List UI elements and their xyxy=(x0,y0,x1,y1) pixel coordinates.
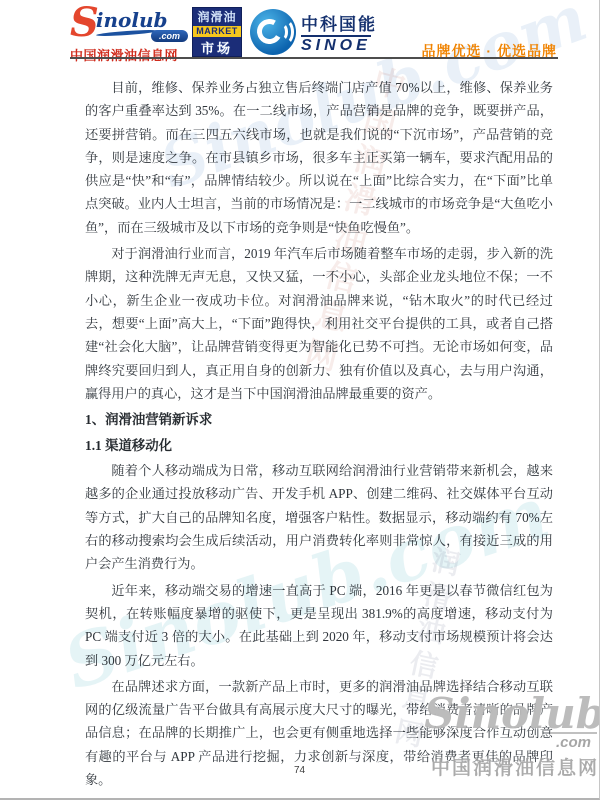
paragraph: 目前，维修、保养业务占独立售后终端门店产值 70%以上，维修、保养业务的客户重叠… xyxy=(85,76,553,239)
page-number: 74 xyxy=(0,765,599,776)
market-logo-line3: 市场 xyxy=(201,38,233,57)
sinolub-name: inolub xyxy=(96,8,168,32)
sinolub-com-badge: .com xyxy=(151,30,188,42)
watermark-com-text: .com xyxy=(550,732,597,751)
sinoe-logo: 中科国能 SINOE xyxy=(250,9,377,55)
lubricant-market-logo: 润滑油 MARKET 市场 xyxy=(192,7,242,57)
subsection-heading: 1.1 渠道移动化 xyxy=(85,434,553,458)
market-logo-line1: 润滑油 xyxy=(197,8,236,25)
sinoe-wordmark: 中科国能 SINOE xyxy=(301,10,377,55)
paragraph: 近年来，移动端交易的增速一直高于 PC 端，2016 年更是以春节微信红包为契机… xyxy=(85,579,553,672)
sinoe-circle-icon xyxy=(250,9,296,55)
header-tagline: 品牌优选 · 优选品牌 xyxy=(422,41,557,64)
sinolub-logo: Sinolub .com 中国润滑油信息网 xyxy=(70,6,190,64)
header-divider xyxy=(70,57,558,59)
page-header: Sinolub .com 中国润滑油信息网 润滑油 MARKET 市场 中科国能… xyxy=(70,6,557,64)
sinoe-chinese-name: 中科国能 xyxy=(301,10,377,35)
document-page: Sinolub.com 中国润滑油信息网 Sinolub.com 润滑油信息网 … xyxy=(0,0,600,800)
document-body: 目前，维修、保养业务占独立售后终端门店产值 70%以上，维修、保养业务的客户重叠… xyxy=(85,76,553,794)
sinoe-english-name: SINOE xyxy=(301,35,371,55)
sinolub-wordmark: Sinolub .com xyxy=(70,6,190,42)
market-logo-line2: MARKET xyxy=(193,26,241,37)
paragraph: 对于润滑油行业而言，2019 年汽车后市场随着整车市场的走弱，步入新的洗牌期，这… xyxy=(85,242,553,405)
sinoe-wave-icon xyxy=(276,19,294,45)
sinolub-subtitle: 中国润滑油信息网 xyxy=(70,45,190,64)
section-heading: 1、润滑油营销新诉求 xyxy=(85,408,553,432)
sinolub-s-glyph: S xyxy=(70,0,99,46)
paragraph: 随着个人移动端成为日常，移动互联网给润滑油行业营销带来新机会，越来越多的企业通过… xyxy=(85,459,553,575)
